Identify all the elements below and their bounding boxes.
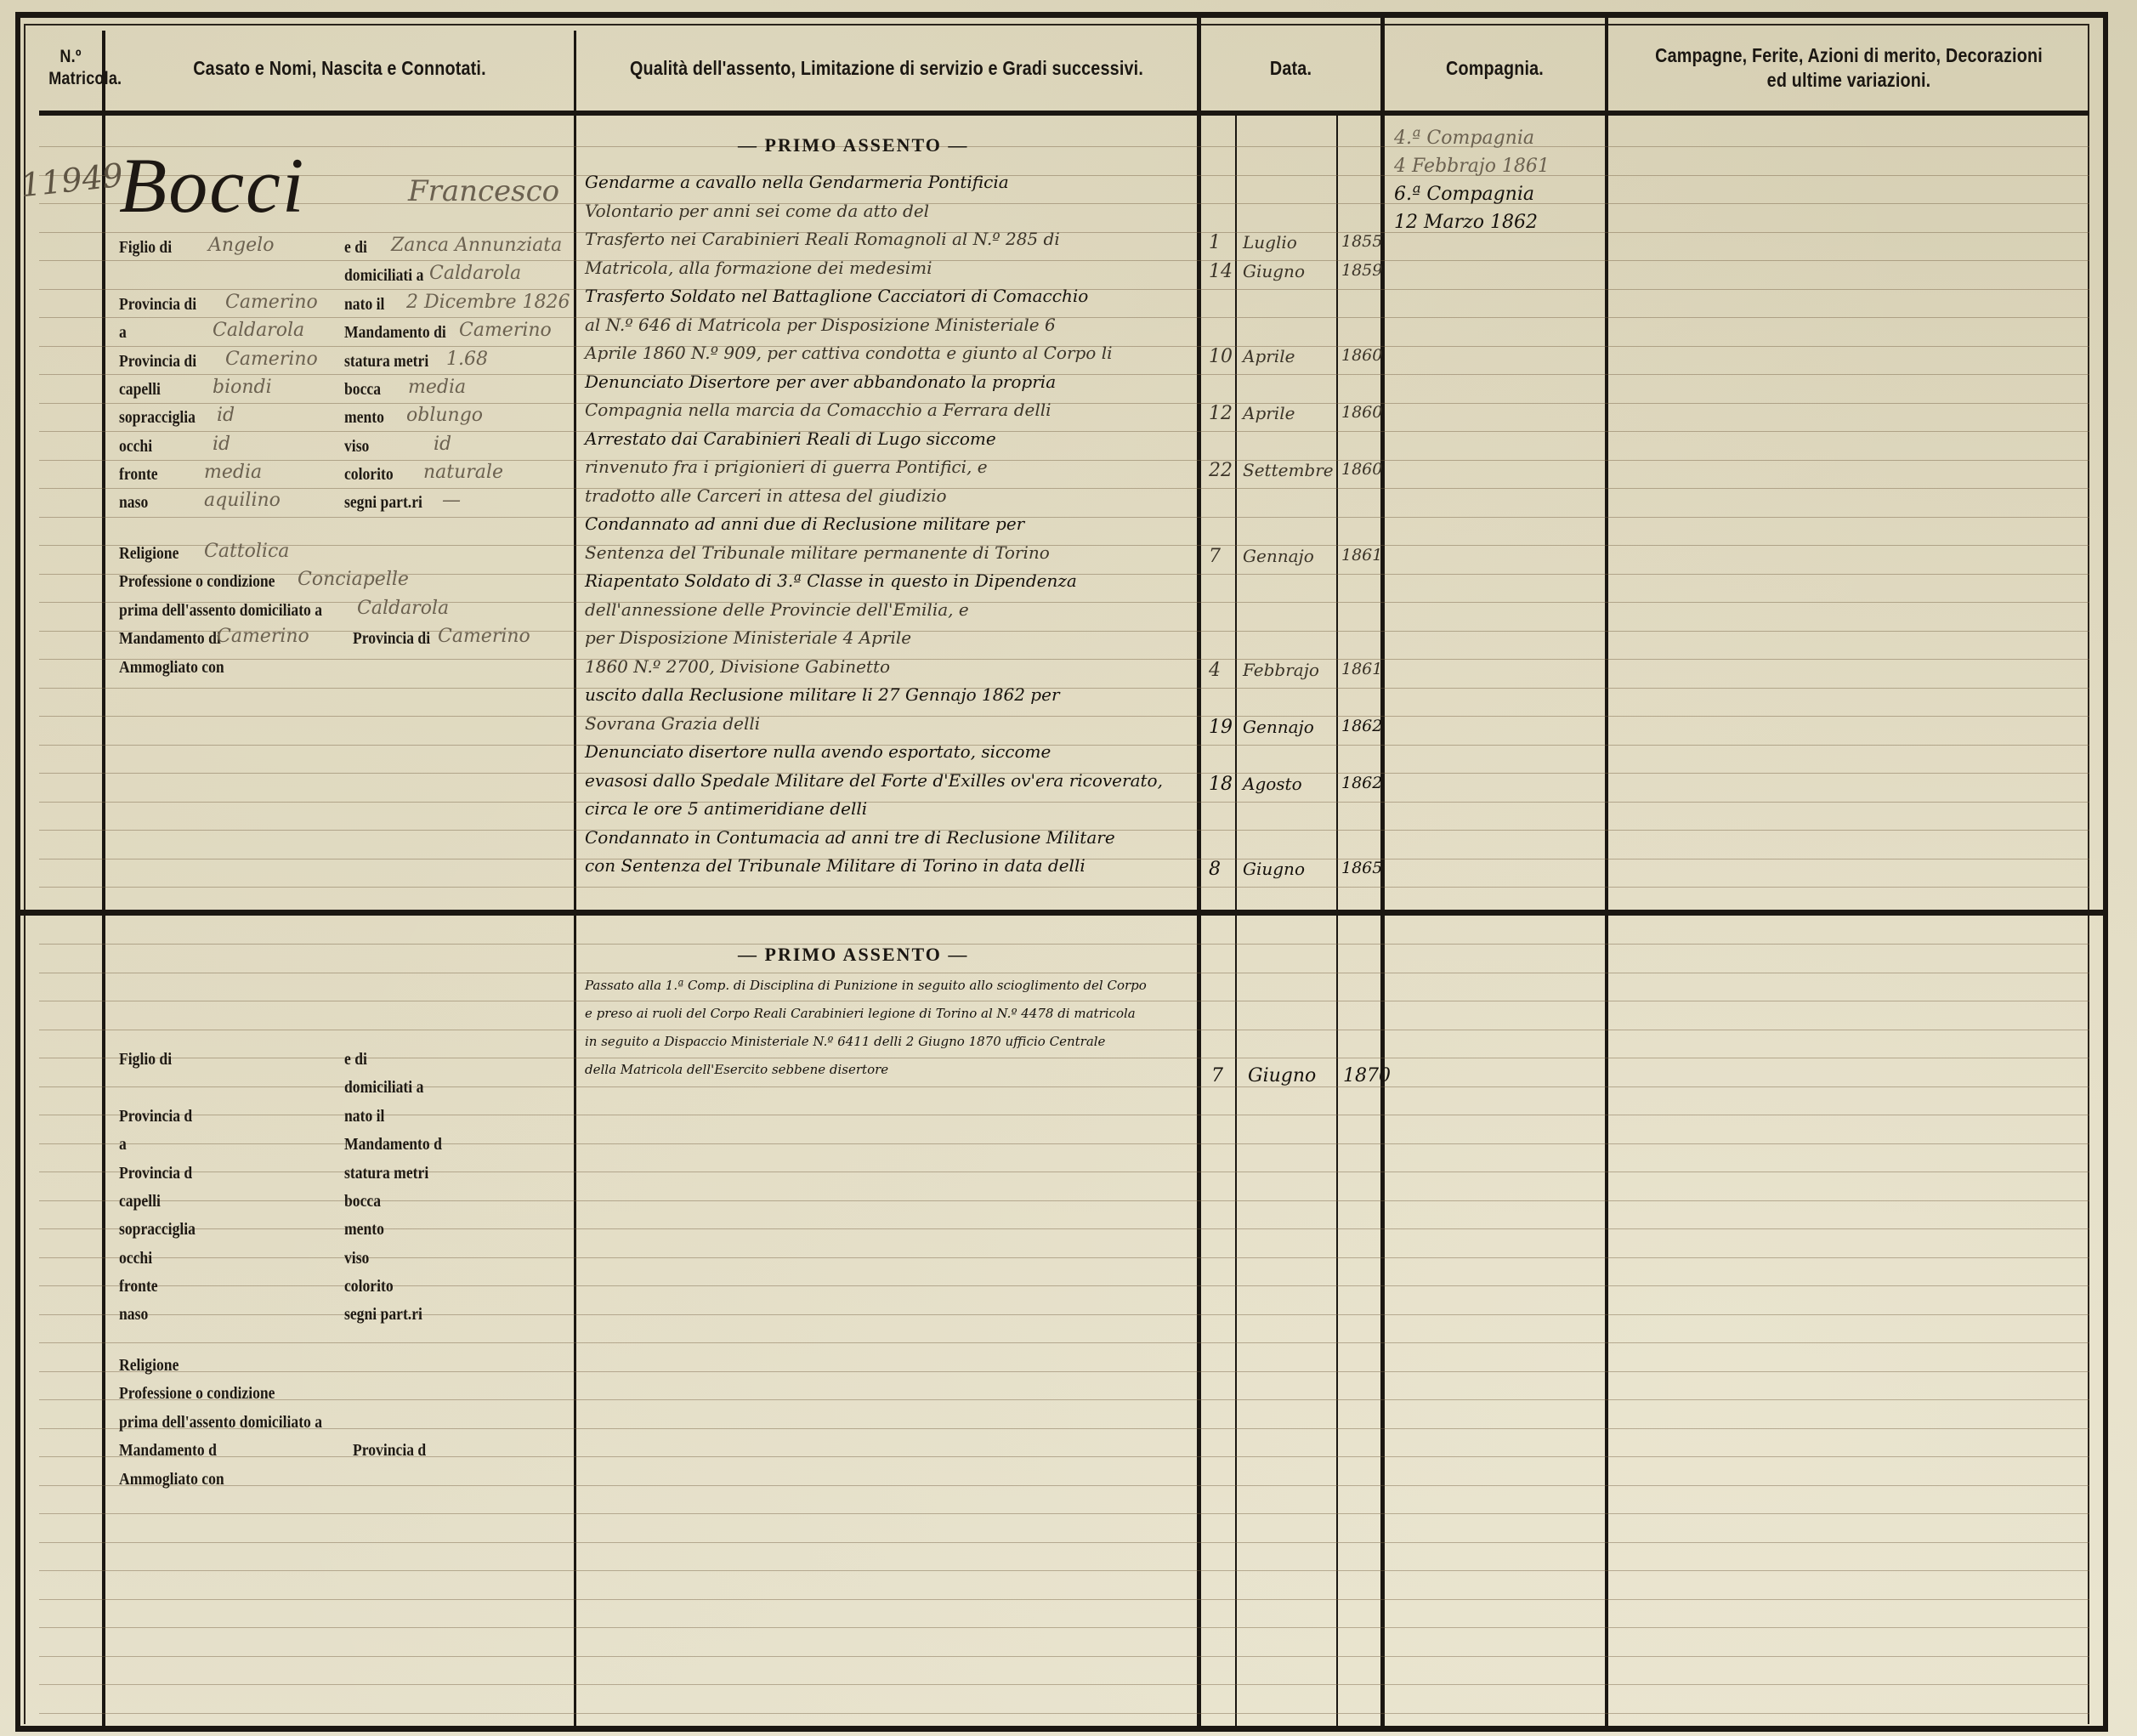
register-page: N.º Matricola. Casato e Nomi, Nascita e … <box>0 0 2137 1736</box>
field-value-provincia3: Camerino <box>438 626 530 647</box>
ruled-line <box>39 1456 2089 1457</box>
field-label-professione: Professione o condizione <box>119 572 275 592</box>
blank-field-label-mento: mento <box>344 1220 384 1240</box>
record1-entry-line: Gendarme a cavallo nella Gendarmeria Pon… <box>585 172 1009 192</box>
date-year: 1859 <box>1341 261 1382 280</box>
field-label-segni: segni part.ri <box>344 493 422 513</box>
blank-field-label-professione: Professione o condizione <box>119 1384 275 1404</box>
field-label-provincia1: Provincia di <box>119 295 196 315</box>
field-label-viso: viso <box>344 437 369 457</box>
field-value-figlio_di: Angelo <box>208 235 274 256</box>
date-year: 1855 <box>1341 232 1382 251</box>
ruled-line <box>39 602 2089 603</box>
date-month: Agosto <box>1243 774 1302 794</box>
blank-field-label-ammogliato: Ammogliato con <box>119 1470 224 1489</box>
field-label-naso: naso <box>119 493 148 513</box>
field-label-bocca: bocca <box>344 380 381 400</box>
record1-entry-line: rinvenuto fra i prigionieri di guerra Po… <box>585 457 988 477</box>
col-divider-casato <box>574 31 576 1731</box>
field-value-bocca: media <box>408 377 466 398</box>
blank-field-label-mandamento2: Mandamento d <box>119 1441 217 1461</box>
header-campagne-line2: ed ultime variazioni. <box>1767 68 1931 93</box>
field-label-figlio_di: Figlio di <box>119 238 172 258</box>
field-label-domiciliati: domiciliati a <box>344 266 423 286</box>
date-year: 1865 <box>1341 859 1382 877</box>
date-month: Giugno <box>1243 859 1305 879</box>
date-year: 1862 <box>1341 717 1382 735</box>
field-label-religione: Religione <box>119 544 179 564</box>
ruled-line <box>39 431 2089 432</box>
field-label-provincia2: Provincia di <box>119 352 196 372</box>
record1-section-title: — PRIMO ASSENTO — <box>738 134 968 156</box>
record-divider <box>15 910 2108 916</box>
record2-entry-line: Passato alla 1.ª Comp. di Disciplina di … <box>585 978 1147 993</box>
col-divider-compagnia <box>1605 17 1608 1731</box>
date-month: Gennajo <box>1243 546 1314 566</box>
field-value-sopracciglia: id <box>217 405 235 426</box>
ruled-line <box>39 1713 2089 1714</box>
header-matricola-text: N.º Matricola. <box>48 46 93 91</box>
field-value-capelli: biondi <box>213 377 272 398</box>
compagnia-line: 4.ª Compagnia <box>1394 128 1534 149</box>
record1-entry-line: Denunciato disertore nulla avendo esport… <box>585 741 1051 762</box>
field-label-a: a <box>119 323 127 343</box>
col-divider-month <box>1336 115 1338 1730</box>
field-value-nato_il: 2 Dicembre 1826 <box>406 292 570 313</box>
record1-entry-line: tradotto alle Carceri in attesa del giud… <box>585 485 947 506</box>
compagnia-line: 4 Febbrajo 1861 <box>1394 156 1550 177</box>
blank-field-label-naso: naso <box>119 1305 148 1325</box>
record1-entry-line: Condannato in Contumacia ad anni tre di … <box>585 827 1115 848</box>
field-value-prima_domicilio: Caldarola <box>357 598 449 619</box>
record1-entry-line: Trasferto Soldato nel Battaglione Caccia… <box>585 286 1088 306</box>
field-label-mandamento2: Mandamento di <box>119 629 221 649</box>
ruled-line <box>39 1627 2089 1628</box>
record1-entry-line: 1860 N.º 2700, Divisione Gabinetto <box>585 656 890 677</box>
record2-entry-line: della Matricola dell'Esercito sebbene di… <box>585 1062 888 1077</box>
field-value-occhi: id <box>213 434 230 455</box>
blank-field-label-capelli: capelli <box>119 1192 161 1211</box>
ruled-line <box>39 403 2089 404</box>
ruled-line <box>39 1684 2089 1685</box>
blank-field-label-nato_il: nato il <box>344 1107 384 1126</box>
ruled-line <box>39 1342 2089 1343</box>
field-label-fronte: fronte <box>119 465 158 485</box>
ruled-line <box>39 260 2089 261</box>
ruled-line <box>39 802 2089 803</box>
date-day: 7 <box>1209 546 1221 567</box>
blank-field-label-provincia2: Provincia d <box>119 1164 192 1183</box>
ruled-line <box>39 232 2089 233</box>
record1-entry-line: Trasferto nei Carabinieri Reali Romagnol… <box>585 229 1060 249</box>
date-year: 1861 <box>1341 660 1382 678</box>
field-value-statura: 1.68 <box>446 349 488 370</box>
field-label-statura: statura metri <box>344 352 428 372</box>
date-day: 1 <box>1209 232 1221 253</box>
header-casato: Casato e Nomi, Nascita e Connotati. <box>139 26 541 111</box>
blank-field-label-prima_domicilio: prima dell'assento domiciliato a <box>119 1413 322 1432</box>
ruled-line <box>39 203 2089 204</box>
record1-entry-line: Volontario per anni sei come da atto del <box>585 201 929 221</box>
date-year: 1862 <box>1341 774 1382 792</box>
field-value-naso: aquilino <box>204 490 281 511</box>
blank-field-label-religione: Religione <box>119 1356 179 1376</box>
record1-entry-line: circa le ore 5 antimeridiane delli <box>585 798 867 819</box>
blank-field-label-viso: viso <box>344 1249 369 1268</box>
field-value-religione: Cattolica <box>204 541 289 562</box>
field-value-segni: — <box>442 490 461 511</box>
ruled-line <box>39 1371 2089 1372</box>
date-month: Gennajo <box>1243 717 1314 737</box>
blank-field-label-a: a <box>119 1135 127 1154</box>
header-matricola: N.º Matricola. <box>43 26 98 111</box>
record1-entry-line: Denunciato Disertore per aver abbandonat… <box>585 372 1056 392</box>
record1-entry-line: Sovrana Grazia delli <box>585 713 760 734</box>
field-value-a: Caldarola <box>213 320 304 341</box>
ruled-line <box>39 1656 2089 1657</box>
record1-entry-line: Aprile 1860 N.º 909, per cattiva condott… <box>585 343 1113 363</box>
date-day: 10 <box>1209 346 1233 367</box>
blank-field-label-domiciliati: domiciliati a <box>344 1078 423 1098</box>
date-day: 12 <box>1209 403 1233 424</box>
field-label-capelli: capelli <box>119 380 161 400</box>
field-value-mento: oblungo <box>406 405 483 426</box>
blank-field-label-provincia1: Provincia d <box>119 1107 192 1126</box>
field-value-provincia2: Camerino <box>225 349 318 370</box>
record1-entry-line: al N.º 646 di Matricola per Disposizione… <box>585 315 1056 335</box>
ruled-line <box>39 659 2089 660</box>
header-campagne-line1: Campagne, Ferite, Azioni di merito, Deco… <box>1655 43 2043 68</box>
date-month: Aprile <box>1243 346 1295 366</box>
record1-entry-line: evasosi dallo Spedale Militare del Forte… <box>585 770 1163 791</box>
field-label-colorito: colorito <box>344 465 394 485</box>
ruled-line <box>39 745 2089 746</box>
surname: Bocci <box>119 140 305 230</box>
ruled-line <box>39 1030 2089 1030</box>
blank-field-label-statura: statura metri <box>344 1164 428 1183</box>
ruled-line <box>39 1513 2089 1514</box>
header-data: Data. <box>1214 26 1368 111</box>
date-month: Giugno <box>1243 261 1305 281</box>
record1-entry-line: Riapentato Soldato di 3.ª Classe in ques… <box>585 570 1077 591</box>
header-compagnia: Compagnia. <box>1400 26 1590 111</box>
ruled-line <box>39 887 2089 888</box>
blank-field-label-e_di: e di <box>344 1050 367 1069</box>
date-month: Luglio <box>1243 232 1297 252</box>
date-day: 4 <box>1209 660 1221 681</box>
record1-entry-line: uscito dalla Reclusione militare li 27 G… <box>585 684 1060 705</box>
blank-field-label-fronte: fronte <box>119 1277 158 1296</box>
header-qualita: Qualità dell'assento, Limitazione di ser… <box>620 26 1154 111</box>
ruled-line <box>39 317 2089 318</box>
header-campagne: Campagne, Ferite, Azioni di merito, Deco… <box>1642 26 2056 111</box>
field-label-ammogliato: Ammogliato con <box>119 658 224 678</box>
ruled-line <box>39 517 2089 518</box>
date-day: 14 <box>1209 261 1233 282</box>
ruled-line <box>39 1001 2089 1001</box>
date-month: Febbrajo <box>1243 660 1319 680</box>
header-divider <box>39 111 2089 116</box>
date-month: Aprile <box>1243 403 1295 423</box>
field-value-mandamento2: Camerino <box>217 626 309 647</box>
date-year: 1860 <box>1341 403 1382 422</box>
ruled-line <box>39 146 2089 147</box>
record1-entry-line: per Disposizione Ministeriale 4 Aprile <box>585 627 911 648</box>
field-value-e_di: Zanca Annunziata <box>391 235 562 256</box>
record2-section-title: — PRIMO ASSENTO — <box>738 944 968 966</box>
field-value-mandamento: Camerino <box>459 320 552 341</box>
ruled-line <box>39 716 2089 717</box>
ruled-line <box>39 460 2089 461</box>
field-label-provincia3: Provincia di <box>353 629 430 649</box>
date-year: 1860 <box>1341 346 1382 365</box>
record1-entry-line: con Sentenza del Tribunale Militare di T… <box>585 855 1086 876</box>
blank-field-label-occhi: occhi <box>119 1249 152 1268</box>
field-label-mandamento: Mandamento di <box>344 323 446 343</box>
col-divider-qualita <box>1197 17 1201 1731</box>
blank-field-label-sopracciglia: sopracciglia <box>119 1220 196 1240</box>
ruled-line <box>39 374 2089 375</box>
ruled-line <box>39 973 2089 973</box>
ruled-line <box>39 688 2089 689</box>
record1-entry-line: Condannato ad anni due di Reclusione mil… <box>585 513 1024 534</box>
ruled-line <box>39 1428 2089 1429</box>
date-year: 1861 <box>1341 546 1382 564</box>
record1-entry-line: Compagnia nella marcia da Comacchio a Fe… <box>585 400 1051 420</box>
ruled-line <box>39 944 2089 945</box>
compagnia-line: 12 Marzo 1862 <box>1394 212 1538 233</box>
record1-entry-line: Matricola, alla formazione dei medesimi <box>585 258 932 278</box>
blank-field-label-segni: segni part.ri <box>344 1305 422 1325</box>
date-day: 8 <box>1209 859 1221 880</box>
field-label-sopracciglia: sopracciglia <box>119 408 196 428</box>
date-day: 18 <box>1209 774 1233 795</box>
date-month: Settembre <box>1243 460 1334 480</box>
field-value-provincia1: Camerino <box>225 292 318 313</box>
field-label-nato_il: nato il <box>344 295 384 315</box>
date-day: 22 <box>1209 460 1233 481</box>
col-divider-day <box>1235 115 1237 1730</box>
field-value-fronte: media <box>204 462 262 483</box>
date-month: Giugno <box>1248 1065 1316 1086</box>
ruled-line <box>39 1570 2089 1571</box>
field-value-viso: id <box>434 434 451 455</box>
date-year: 1860 <box>1341 460 1382 479</box>
ruled-line <box>39 1399 2089 1400</box>
ruled-line <box>39 488 2089 489</box>
blank-field-label-figlio_di: Figlio di <box>119 1050 172 1069</box>
record2-entry-line: e preso ai ruoli del Corpo Reali Carabin… <box>585 1006 1136 1021</box>
record1-entry-line: dell'annessione delle Provincie dell'Emi… <box>585 599 969 620</box>
ruled-line <box>39 545 2089 546</box>
blank-field-label-bocca: bocca <box>344 1192 381 1211</box>
blank-field-label-provincia3: Provincia d <box>353 1441 426 1461</box>
col-divider-matricola <box>102 31 105 1731</box>
date-year: 1870 <box>1343 1065 1391 1086</box>
field-label-prima_domicilio: prima dell'assento domiciliato a <box>119 601 322 621</box>
bottom-divider <box>15 1726 2108 1732</box>
field-value-professione: Conciapelle <box>298 569 409 590</box>
record1-entry-line: Sentenza del Tribunale militare permanen… <box>585 542 1050 563</box>
ruled-line <box>39 1542 2089 1543</box>
record1-entry-line: Arrestato dai Carabinieri Reali di Lugo … <box>585 428 996 449</box>
field-label-occhi: occhi <box>119 437 152 457</box>
ruled-line <box>39 1599 2089 1600</box>
ruled-line <box>39 175 2089 176</box>
field-value-colorito: naturale <box>423 462 503 483</box>
field-label-mento: mento <box>344 408 384 428</box>
field-label-e_di: e di <box>344 238 367 258</box>
ruled-line <box>39 1485 2089 1486</box>
date-day: 19 <box>1209 717 1233 738</box>
date-day: 7 <box>1211 1065 1223 1086</box>
field-value-domiciliati: Caldarola <box>429 263 521 284</box>
compagnia-line: 6.ª Compagnia <box>1394 184 1534 205</box>
blank-field-label-colorito: colorito <box>344 1277 394 1296</box>
ruled-line <box>39 631 2089 632</box>
first-name: Francesco <box>408 174 559 208</box>
record2-entry-line: in seguito a Dispaccio Ministeriale N.º … <box>585 1034 1105 1049</box>
blank-field-label-mandamento: Mandamento d <box>344 1135 442 1154</box>
